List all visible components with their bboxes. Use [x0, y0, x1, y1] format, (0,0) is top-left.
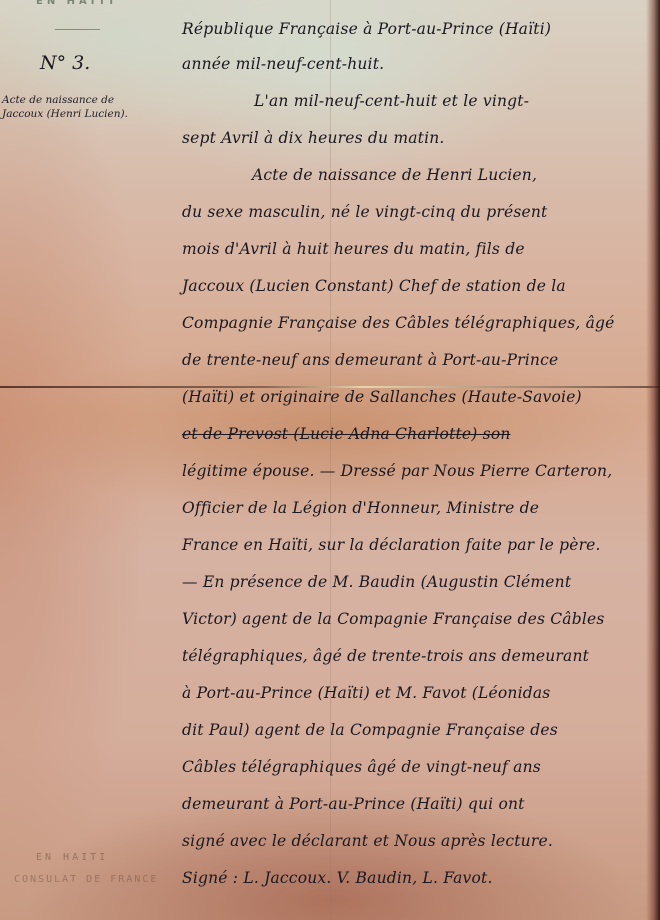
body-line-2: année mil-neuf-cent-huit. [182, 55, 384, 73]
stamp-divider [55, 29, 100, 30]
body-line-13: légitime épouse. — Dressé par Nous Pierr… [182, 462, 612, 480]
body-line-5: Acte de naissance de Henri Lucien, [252, 166, 537, 184]
body-line-10: de trente-neuf ans demeurant à Port-au-P… [182, 351, 558, 369]
body-line-12: et de Prevost (Lucie Adna Charlotte) son [182, 425, 511, 443]
body-line-11: (Haïti) et originaire de Sallanches (Hau… [182, 388, 582, 406]
footer-stamp-location: EN HAITI [36, 852, 108, 863]
act-number: N° 3. [40, 52, 90, 74]
body-line-6: du sexe masculin, né le vingt-cinq du pr… [182, 203, 547, 221]
body-line-15: France en Haïti, sur la déclaration fait… [182, 536, 601, 554]
margin-note: Acte de naissance de Jaccoux (Henri Luci… [2, 93, 152, 121]
body-line-22: demeurant à Port-au-Prince (Haïti) qui o… [182, 795, 525, 813]
body-line-18: télégraphiques, âgé de trente-trois ans … [182, 647, 589, 665]
body-line-21: Câbles télégraphiques âgé de vingt-neuf … [182, 758, 541, 776]
body-line-7: mois d'Avril à huit heures du matin, fil… [182, 240, 525, 258]
page-edge-shadow [646, 0, 660, 920]
body-line-16: — En présence de M. Baudin (Augustin Clé… [182, 573, 571, 591]
body-line-19: à Port-au-Prince (Haïti) et M. Favot (Lé… [182, 684, 550, 702]
footer-stamp-consulate: CONSULAT DE FRANCE [14, 874, 158, 885]
body-line-9: Compagnie Française des Câbles télégraph… [182, 314, 615, 332]
signature-line: Signé : L. Jaccoux. V. Baudin, L. Favot. [182, 869, 493, 887]
body-line-17: Victor) agent de la Compagnie Française … [182, 610, 605, 628]
body-line-14: Officier de la Légion d'Honneur, Ministr… [182, 499, 539, 517]
header-stamp: EN HAÏTI [36, 0, 117, 7]
body-line-20: dit Paul) agent de la Compagnie Français… [182, 721, 558, 739]
body-line-4: sept Avril à dix heures du matin. [182, 129, 445, 147]
body-line-1: République Française à Port-au-Prince (H… [182, 20, 551, 38]
body-line-23: signé avec le déclarant et Nous après le… [182, 832, 553, 850]
body-line-8: Jaccoux (Lucien Constant) Chef de statio… [182, 277, 566, 295]
body-line-3: L'an mil-neuf-cent-huit et le vingt- [254, 92, 529, 110]
